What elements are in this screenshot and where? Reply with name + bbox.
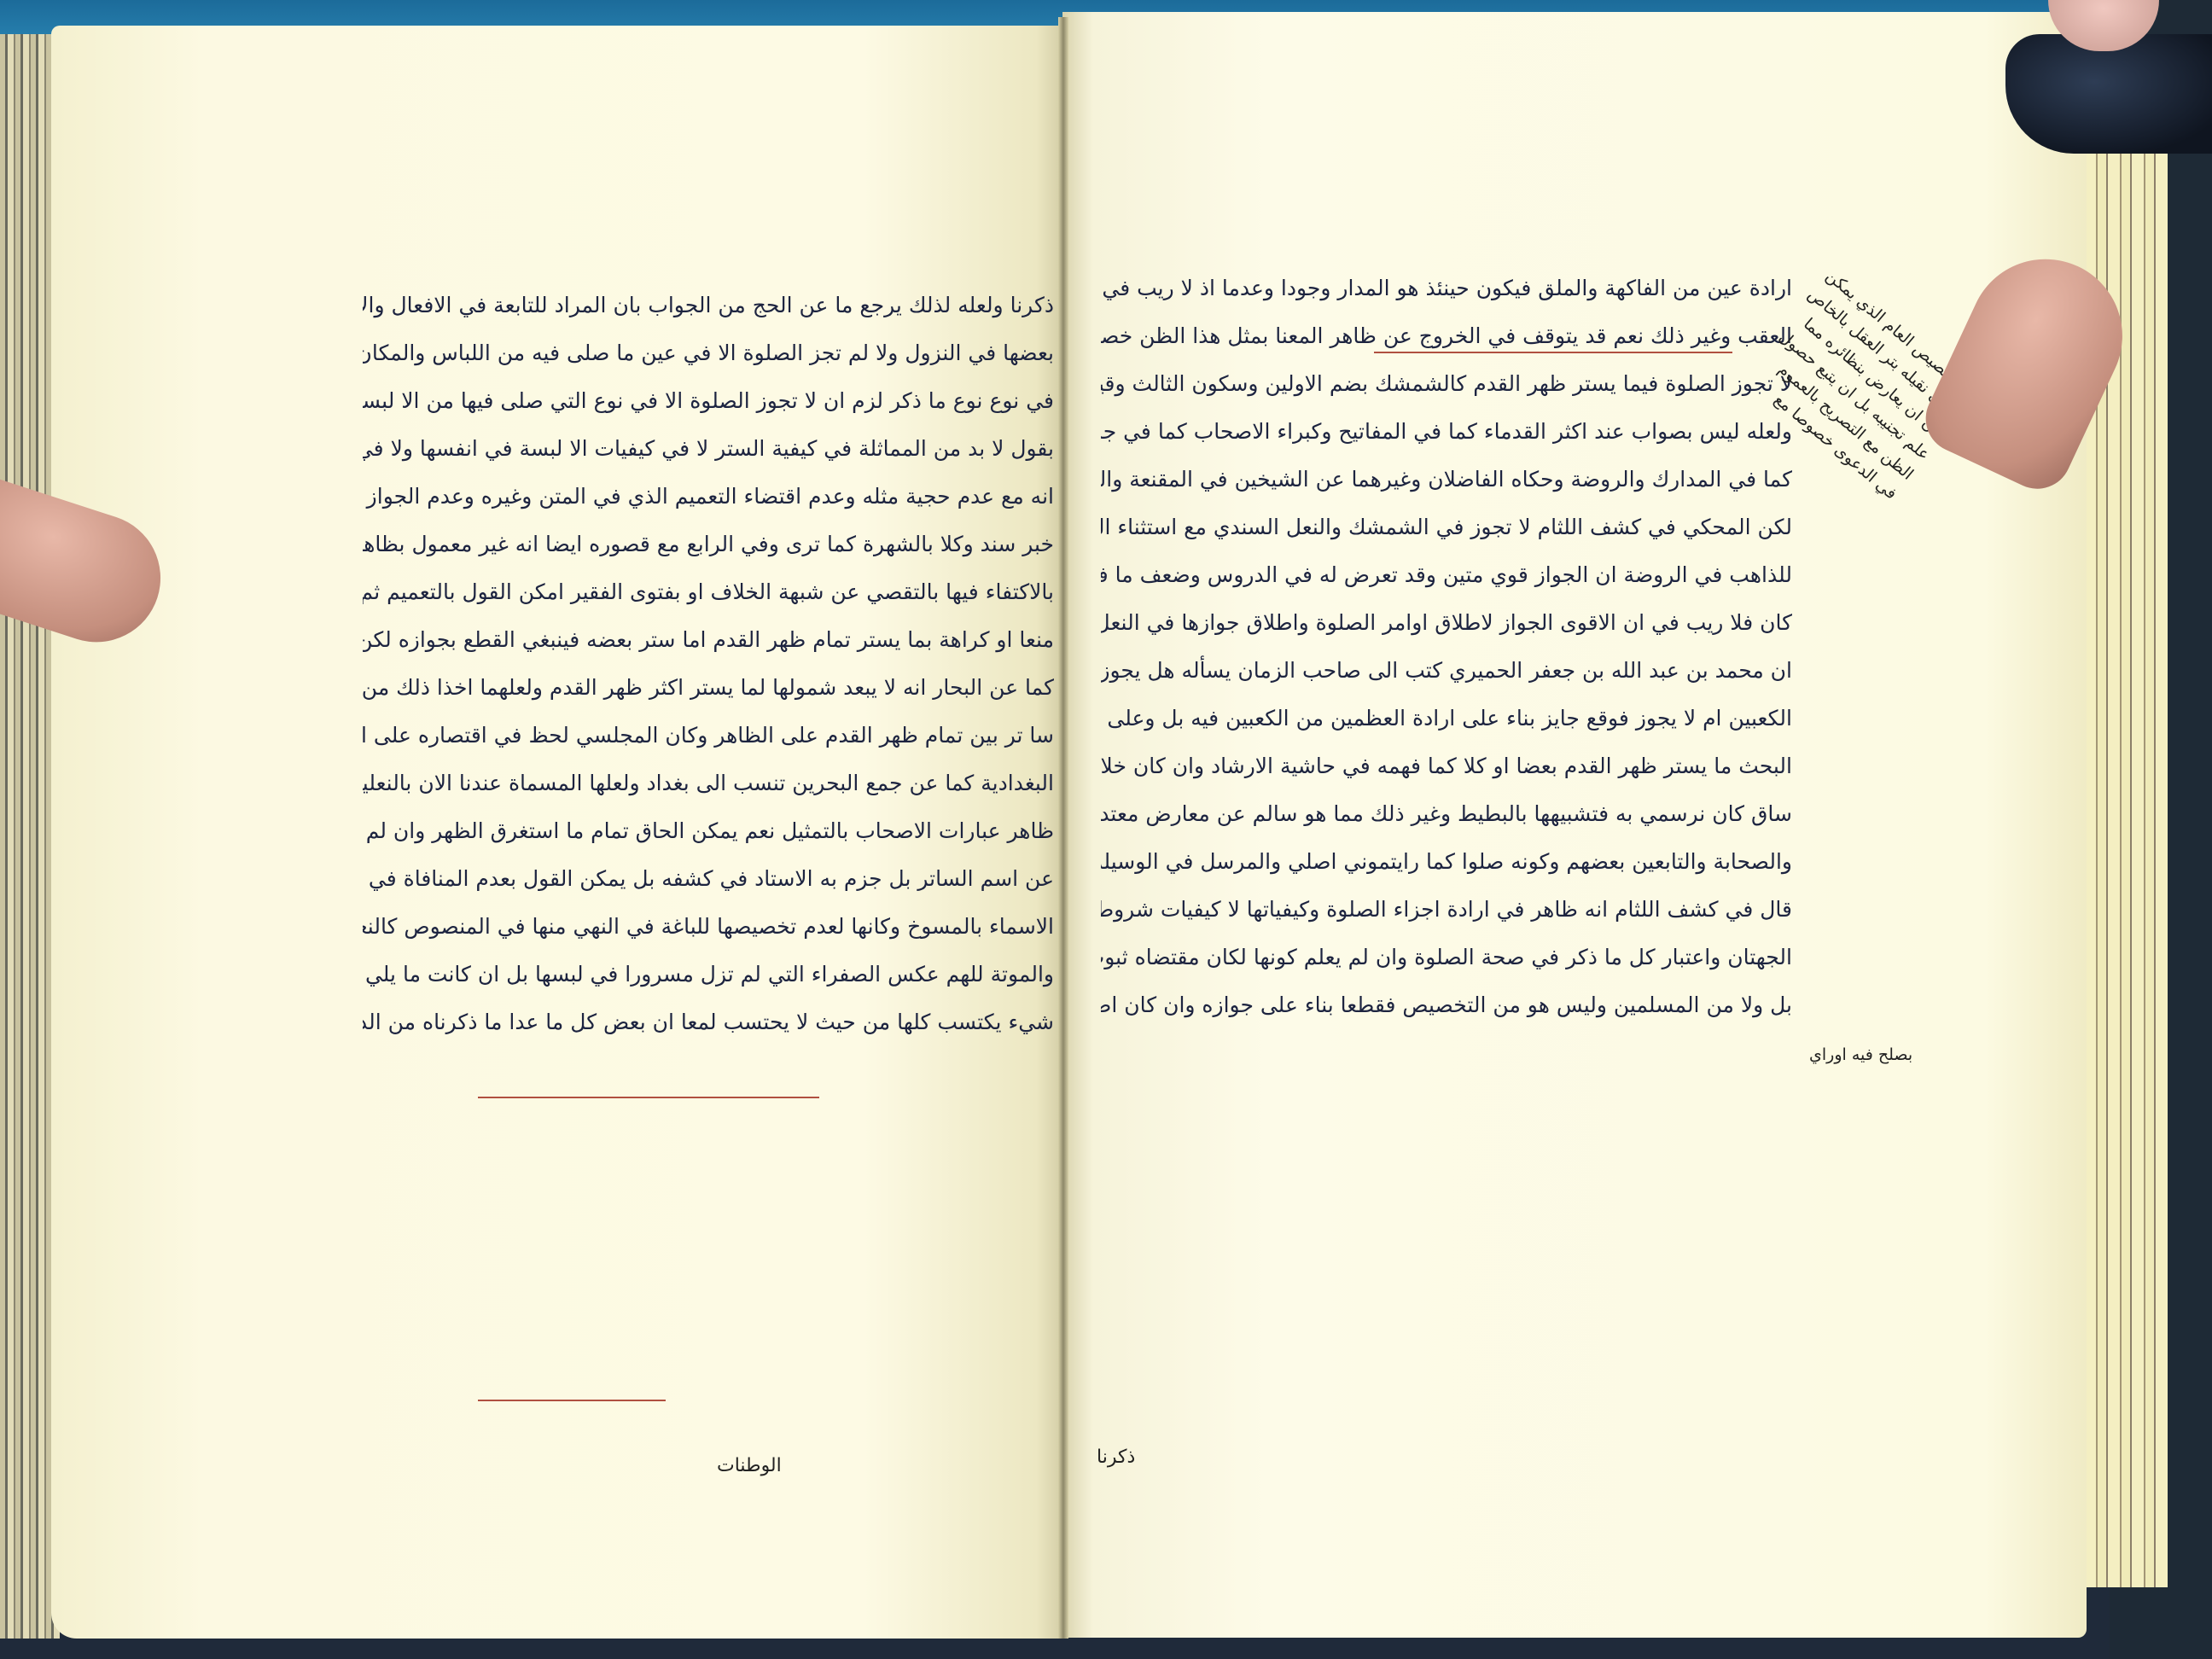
text-line: والموتة للهم عكس الصفراء التي لم تزل مسر… (363, 951, 1054, 998)
book-gutter (1058, 17, 1068, 1639)
text-line: بعضها في النزول ولا لم تجز الصلوة الا في… (363, 329, 1054, 377)
text-line: كما في المدارك والروضة وحكاه الفاضلان وغ… (1101, 456, 1792, 504)
red-underline (1374, 352, 1732, 353)
text-line: انه مع عدم حجية مثله وعدم اقتضاء التعميم… (363, 473, 1054, 521)
red-underline (478, 1400, 666, 1401)
text-line: في نوع نوع ما ذكر لزم ان لا تجوز الصلوة … (363, 377, 1054, 425)
margin-note-lower: بصلح فيه اوراي (1809, 1045, 1912, 1064)
text-line: عن اسم الساتر بل جزم به الاستاد في كشفه … (363, 855, 1054, 903)
text-line: شيء يكتسب كلها من حيث لا يحتسب لمعا ان ب… (363, 998, 1054, 1046)
red-underline (478, 1097, 819, 1098)
text-line: بقول لا بد من المماثلة في كيفية الستر لا… (363, 425, 1054, 473)
text-line: ساق كان نرسمي به فتشبيهها بالبطيط وغير ذ… (1101, 790, 1792, 838)
book-weight (2005, 34, 2212, 154)
text-line: منعا او كراهة بما يستر تمام ظهر القدم ام… (363, 616, 1054, 664)
text-line: قال في كشف اللثام انه ظاهر في ارادة اجزا… (1101, 886, 1792, 934)
text-line: لا تجوز الصلوة فيما يستر ظهر القدم كالشم… (1101, 360, 1792, 408)
left-page-text: ذكرنا ولعله لذلك يرجع ما عن الحج من الجو… (363, 282, 1054, 1046)
right-page-text: ارادة عين من الفاكهة والملق فيكون حينئذ … (1101, 265, 1792, 1029)
text-line: الكعبين ام لا يجوز فوقع جايز بناء على ار… (1101, 695, 1792, 742)
text-line: لكن المحكي في كشف اللثام لا تجوز في الشم… (1101, 504, 1792, 551)
text-line: للذاهب في الروضة ان الجواز قوي متين وقد … (1101, 551, 1792, 599)
text-line: الاسماء بالمسوخ وكانها لعدم تخصيصها للبا… (363, 903, 1054, 951)
text-line: خبر سند وكلا بالشهرة كما ترى وفي الرابع … (363, 521, 1054, 568)
text-line: كما عن البحار انه لا يبعد شمولها لما يست… (363, 664, 1054, 712)
text-line: بالاكتفاء فيها بالتقصي عن شبهة الخلاف او… (363, 568, 1054, 616)
catchword: ذكرنا (1097, 1447, 1135, 1468)
text-line: بل ولا من المسلمين وليس هو من التخصيص فق… (1101, 981, 1792, 1029)
text-line: البغدادية كما عن جمع البحرين تنسب الى بغ… (363, 760, 1054, 807)
text-line: ان محمد بن عبد الله بن جعفر الحميري كتب … (1101, 647, 1792, 695)
text-line: الجهتان واعتبار كل ما ذكر في صحة الصلوة … (1101, 934, 1792, 981)
text-line: ولعله ليس بصواب عند اكثر القدماء كما في … (1101, 408, 1792, 456)
text-line: سا تر بين تمام ظهر القدم على الظاهر وكان… (363, 712, 1054, 760)
catchword: الوطنات (717, 1455, 782, 1476)
text-line: ارادة عين من الفاكهة والملق فيكون حينئذ … (1101, 265, 1792, 312)
text-line: ظاهر عبارات الاصحاب بالتمثيل نعم يمكن ال… (363, 807, 1054, 855)
text-line: كان فلا ريب في ان الاقوى الجواز لاطلاق ا… (1101, 599, 1792, 647)
text-line: ذكرنا ولعله لذلك يرجع ما عن الحج من الجو… (363, 282, 1054, 329)
text-line: والصحابة والتابعين بعضهم وكونه صلوا كما … (1101, 838, 1792, 886)
text-line: البحث ما يستر ظهر القدم بعضا او كلا كما … (1101, 742, 1792, 790)
